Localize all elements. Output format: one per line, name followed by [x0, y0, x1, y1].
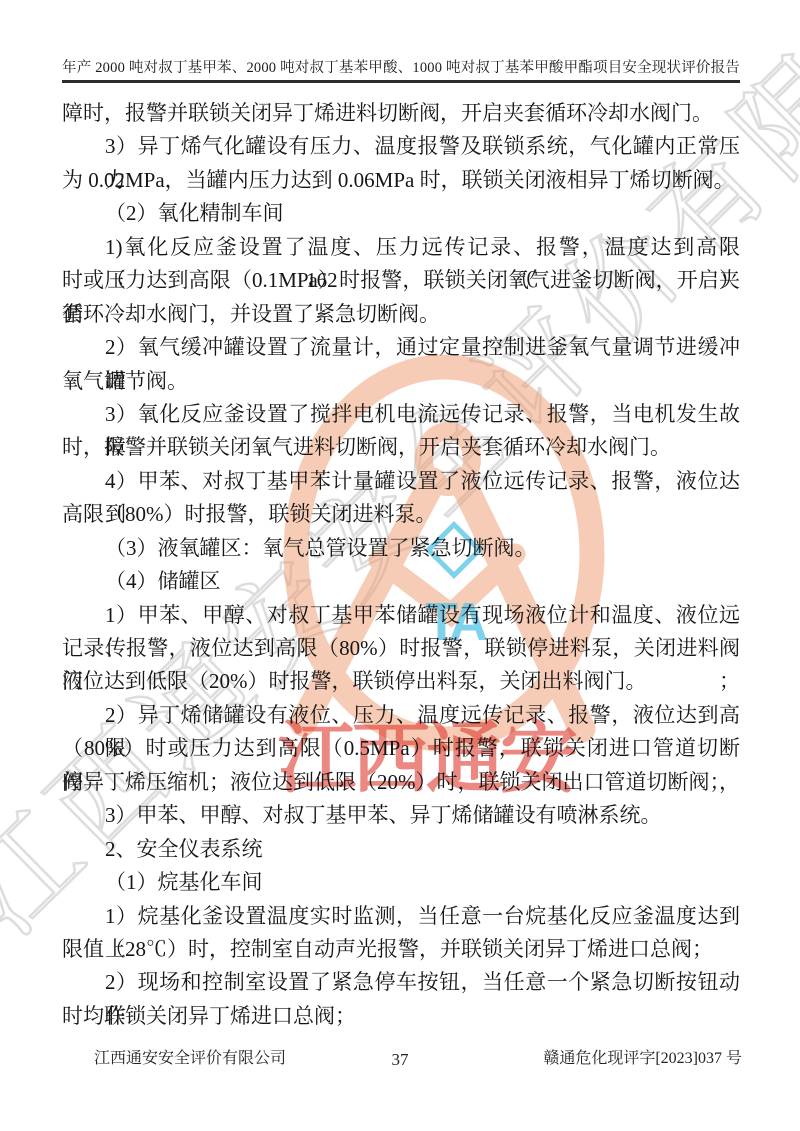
body-line: （3）液氧罐区：氧气总管设置了紧急切断阀。 [62, 532, 740, 565]
body-line: 记录、报警，液位达到高限（80%）时报警，联锁停进料泵，关闭进料阀门； [62, 632, 740, 665]
body-line: （80%）时或压力达到高限（0.5MPa）时报警，联锁关闭进口管道切断阀， [62, 732, 740, 765]
body-line: （4）储罐区 [62, 565, 740, 598]
body-line: 1）甲苯、甲醇、对叔丁基甲苯储罐设有现场液位计和温度、液位远传 [62, 599, 740, 632]
body-text: 障时，报警并联锁关闭异丁烯进料切断阀，开启夹套循环冷却水阀门。3）异丁烯气化罐设… [62, 97, 740, 1033]
body-line: 限值（28℃）时，控制室自动声光报警，并联锁关闭异丁烯进口总阀； [62, 933, 740, 966]
footer-doc-number: 赣通危化现评字[2023]037 号 [543, 1045, 742, 1068]
body-line: 时均联锁关闭异丁烯进口总阀； [62, 1000, 740, 1033]
page-footer: 江西通安安全评价有限公司 37 赣通危化现评字[2023]037 号 [0, 1043, 800, 1073]
document-page: 江西通安安全评价有限公司 TA 江西通安 年产 2000 吨对叔丁基甲苯、200… [0, 0, 800, 1131]
body-line: 4）甲苯、对叔丁基甲苯计量罐设置了液位远传记录、报警，液位达到 [62, 465, 740, 498]
header-rule [62, 80, 740, 83]
body-line: （1）烷基化车间 [62, 866, 740, 899]
body-line: 2）现场和控制室设置了紧急停车按钮，当任意一个紧急切断按钮动作 [62, 966, 740, 999]
body-line: 2）氧气缓冲罐设置了流量计，通过定量控制进釜氧气量调节进缓冲罐 [62, 331, 740, 364]
body-line: 3）氧化反应釜设置了搅拌电机电流远传记录、报警，当电机发生故障 [62, 398, 740, 431]
body-line: 为 0.02MPa，当罐内压力达到 0.06MPa 时，联锁关闭液相异丁烯切断阀… [62, 164, 740, 197]
body-line: 1）烷基化釜设置温度实时监测，当任意一台烷基化反应釜温度达到上 [62, 900, 740, 933]
body-line: 时，报警并联锁关闭氧气进料切断阀，开启夹套循环冷却水阀门。 [62, 431, 740, 464]
body-line: 3）异丁烯气化罐设有压力、温度报警及联锁系统，气化罐内正常压力 [62, 130, 740, 163]
body-line: 液位达到低限（20%）时报警，联锁停出料泵，关闭出料阀门。 [62, 665, 740, 698]
page-header-title: 年产 2000 吨对叔丁基甲苯、2000 吨对叔丁基苯甲酸、1000 吨对叔丁基… [62, 56, 740, 77]
body-line: 停异丁烯压缩机；液位达到低限（20%）时，联锁关闭出口管道切断阀； [62, 766, 740, 799]
body-line: 3）甲苯、甲醇、对叔丁基甲苯、异丁烯储罐设有喷淋系统。 [62, 799, 740, 832]
body-line: 时或压力达到高限（0.1MPa）时报警，联锁关闭氧气进釜切断阀，开启夹套 [62, 264, 740, 297]
body-line: 循环冷却水阀门，并设置了紧急切断阀。 [62, 298, 740, 331]
body-line: 障时，报警并联锁关闭异丁烯进料切断阀，开启夹套循环冷却水阀门。 [62, 97, 740, 130]
body-line: 1)氧化反应釜设置了温度、压力远传记录、报警，温度达到高限（162℃） [62, 231, 740, 264]
body-line: 2）异丁烯储罐设有液位、压力、温度远传记录、报警，液位达到高限 [62, 699, 740, 732]
body-line: 2、安全仪表系统 [62, 833, 740, 866]
body-line: 氧气调节阀。 [62, 365, 740, 398]
body-line: 高限（80%）时报警，联锁关闭进料泵。 [62, 498, 740, 531]
body-line: （2）氧化精制车间 [62, 197, 740, 230]
